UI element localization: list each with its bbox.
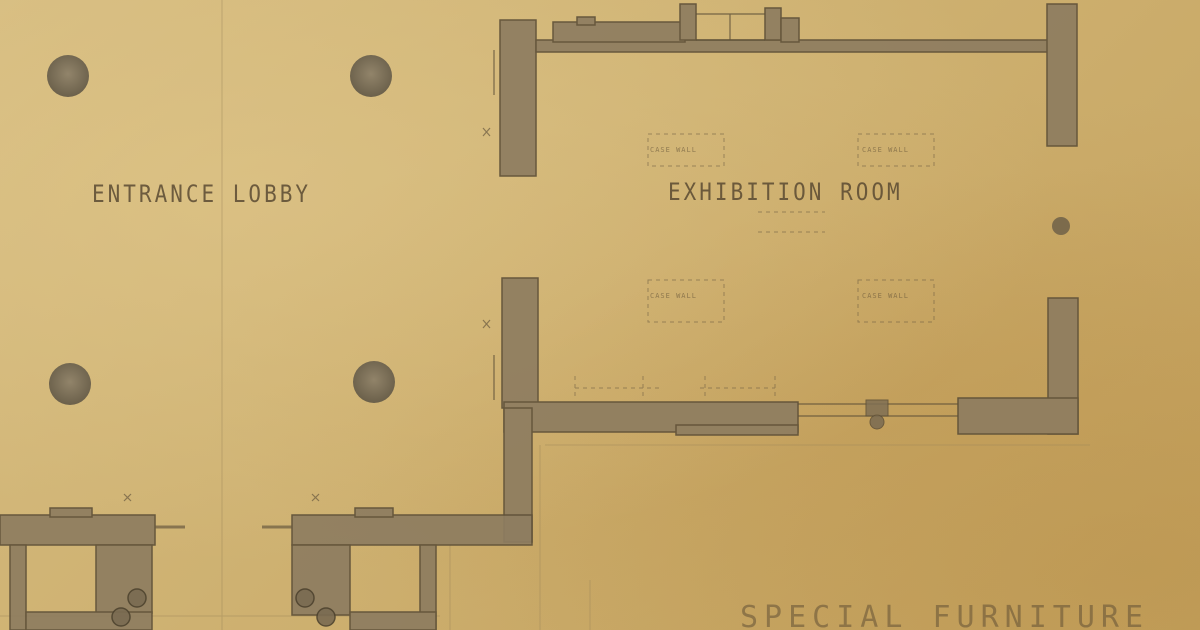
column [49,363,91,405]
lobby-columns [47,55,395,405]
case-label: CASE WALL [650,292,697,300]
floor-plan-sheet: ENTRANCE LOBBY EXHIBITION ROOM CASE WALL… [0,0,1200,630]
door-hardware [866,400,888,429]
display-cases [575,134,934,400]
column [47,55,89,97]
construction-lines [0,0,1090,630]
case-label: CASE WALL [650,146,697,154]
column [353,361,395,403]
exhibition-room-walls [500,4,1078,542]
special-furniture-label: SPECIAL FURNITURE [740,600,1149,630]
case-label: CASE WALL [862,292,909,300]
room-label-entrance-lobby: ENTRANCE LOBBY [92,180,311,208]
floor-plan-drawing [0,0,1200,630]
wall-marker [1052,217,1070,235]
case-label: CASE WALL [862,146,909,154]
room-label-exhibition-room: EXHIBITION ROOM [668,178,903,206]
column [350,55,392,97]
